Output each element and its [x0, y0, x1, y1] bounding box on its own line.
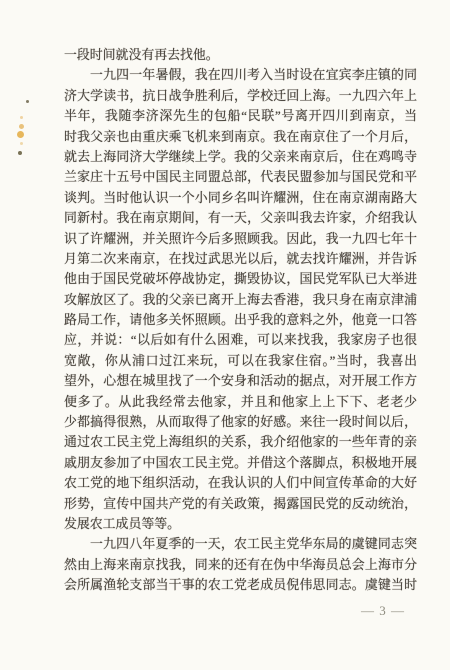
- text-line: 农工党的地下组织活动，在我认识的人们中间宣传革命的大好: [64, 473, 417, 493]
- text-line: 就去上海同济大学继续上学。我的父亲来南京后，住在鸡鸣寺: [64, 147, 417, 167]
- text-line: 兰家庄十五号中国民主同盟总部，代表民盟参加与国民党和平: [64, 167, 417, 187]
- stain-dot: [19, 124, 24, 129]
- text-line: 同新村。我在南京期间，有一天，父亲叫我去许家，介绍我认: [64, 208, 417, 228]
- text-line: 望外，心想在城里找了一个安身和活动的据点，对开展工作方: [64, 371, 417, 391]
- stain-dot: [20, 116, 23, 119]
- text-line: 半年，我随李济深先生的包船“民联”号离开四川到南京，当: [64, 106, 417, 126]
- stain-dot: [18, 151, 22, 155]
- page-number: — 3 —: [352, 603, 414, 619]
- text-line: 攻解放区了。我的父亲已离开上海去香港，我只身在南京津浦: [64, 290, 417, 310]
- document-page: 一段时间就没有再去找他。一九四一年暑假，我在四川考入当时设在宜宾李庄镇的同济大学…: [0, 0, 450, 670]
- text-line: 少都搞得很熟，从而取得了他家的好感。来往一段时间以后，: [64, 412, 417, 432]
- text-line: 会所属渔轮支部当干事的农工党老成员倪伟思同志。虞键当时: [64, 575, 417, 595]
- text-line: 济大学读书，抗日战争胜利后，学校迁回上海。一九四六年上: [64, 86, 417, 106]
- text-line: 路局工作，请他多关怀照顾。出乎我的意料之外，他竟一口答: [64, 310, 417, 330]
- stain-dot: [20, 142, 23, 145]
- text-line: 发展农工成员等等。: [64, 514, 417, 534]
- text-line: 一九四一年暑假，我在四川考入当时设在宜宾李庄镇的同: [64, 65, 417, 85]
- stain-dot: [26, 100, 29, 103]
- text-line: 然由上海来南京找我，同来的还有在伪中华海员总会上海市分: [64, 555, 417, 575]
- text-line: 月第二次来南京，在找过武思光以后，就去找许耀洲，并告诉: [64, 249, 417, 269]
- text-line: 时我父亲也由重庆乘飞机来到南京。我在南京住了一个月后，: [64, 127, 417, 147]
- text-line: 谈判。当时他认识一个小同乡名叫许耀洲，住在南京湖南路大: [64, 188, 417, 208]
- stain-dot: [17, 131, 24, 138]
- text-line: 便多了。从此我经常去他家，并且和他家上上下下、老老少: [64, 392, 417, 412]
- text-line: 形势，宣传中国共产党的有关政策，揭露国民党的反动统治，: [64, 494, 417, 514]
- text-line: 应，并说：“以后如有什么困难，可以来找我，我家房子也很: [64, 330, 417, 350]
- text-line: 戚朋友参加了中国农工民主党。并借这个落脚点，积极地开展: [64, 453, 417, 473]
- text-line: 通过农工民主党上海组织的关系，我介绍他家的一些年青的亲: [64, 432, 417, 452]
- text-line: 一九四八年夏季的一天，农工民主党华东局的虞键同志突: [64, 534, 417, 554]
- text-line: 识了许耀洲，并关照许今后多照顾我。因此，我一九四七年十: [64, 229, 417, 249]
- text-line: 一段时间就没有再去找他。: [64, 45, 417, 65]
- document-text: 一段时间就没有再去找他。一九四一年暑假，我在四川考入当时设在宜宾李庄镇的同济大学…: [64, 45, 417, 596]
- text-line: 宽敞，你从浦口过江来玩，可以在我家住宿。”当时，我喜出: [64, 351, 417, 371]
- text-line: 他由于国民党破坏停战协定，撕毁协议，国民党军队已大举进: [64, 269, 417, 289]
